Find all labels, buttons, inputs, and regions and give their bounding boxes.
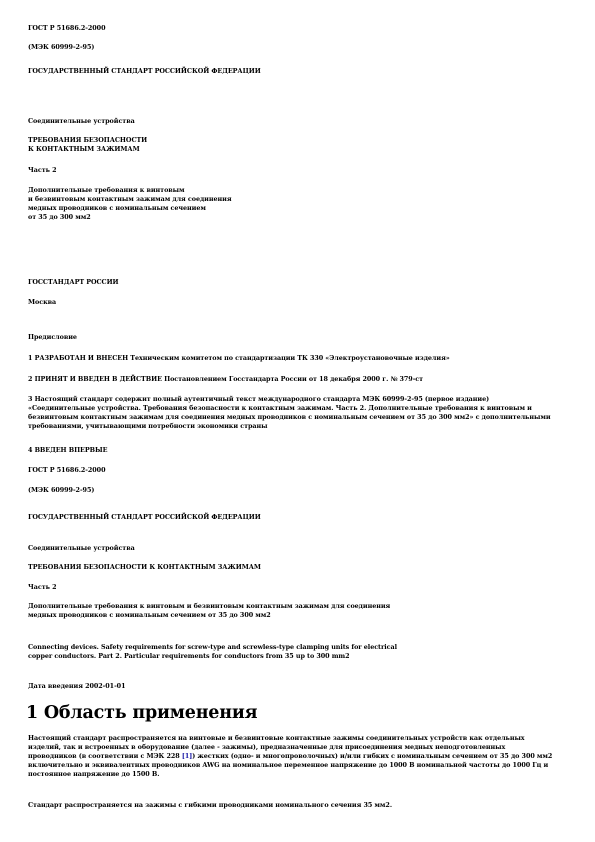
subject: Соединительные устройства — [28, 117, 135, 126]
scope-para-2: Стандарт распространяется на зажимы с ги… — [28, 801, 392, 810]
publisher: ГОССТАНДАРТ РОССИИ — [28, 278, 119, 287]
foreword-item-3-line-3: безвинтовым контактным зажимам для соеди… — [28, 413, 551, 422]
subtitle-line-2: и безвинтовым контактным зажимам для сое… — [28, 195, 232, 204]
iec-code: (МЭК 60999-2-95) — [28, 43, 94, 52]
english-title-line-1: Connecting devices. Safety requirements … — [28, 643, 397, 652]
standard-code: ГОСТ Р 51686.2-2000 — [28, 24, 105, 33]
subtitle-line-1: Дополнительные требования к винтовым — [28, 186, 185, 195]
document-page: ГОСТ Р 51686.2-2000 (МЭК 60999-2-95) ГОС… — [0, 0, 595, 842]
scope-para-1-line-5: постоянное напряжение до 1500 В. — [28, 770, 159, 779]
city: Москва — [28, 298, 56, 307]
foreword-item-3-line-1: 3 Настоящий стандарт содержит полный аут… — [28, 395, 489, 404]
title-line-1: ТРЕБОВАНИЯ БЕЗОПАСНОСТИ — [28, 136, 147, 145]
foreword-item-1: 1 РАЗРАБОТАН И ВНЕСЕН Техническим комите… — [28, 354, 450, 363]
foreword-item-3-line-2: «Соединительные устройства. Требования б… — [28, 404, 532, 413]
state-standard-title: ГОСУДАРСТВЕННЫЙ СТАНДАРТ РОССИЙСКОЙ ФЕДЕ… — [28, 67, 261, 76]
foreword-item-2: 2 ПРИНЯТ И ВВЕДЕН В ДЕЙСТВИЕ Постановлен… — [28, 375, 423, 384]
title-2: ТРЕБОВАНИЯ БЕЗОПАСНОСТИ К КОНТАКТНЫМ ЗАЖ… — [28, 563, 261, 572]
scope-para-1-line-1: Настоящий стандарт распространяется на в… — [28, 734, 525, 743]
reference-link-1[interactable]: [1] — [182, 752, 192, 760]
english-title-line-2: copper conductors. Part 2. Particular re… — [28, 652, 350, 661]
standard-code-2: ГОСТ Р 51686.2-2000 — [28, 466, 105, 475]
scope-para-1-line-2: изделий, так и встроенных в оборудование… — [28, 743, 505, 752]
section-1-heading: 1 Область применения — [26, 702, 257, 724]
iec-code-2: (МЭК 60999-2-95) — [28, 486, 94, 495]
intro-date: Дата введения 2002-01-01 — [28, 682, 125, 691]
state-standard-title-2: ГОСУДАРСТВЕННЫЙ СТАНДАРТ РОССИЙСКОЙ ФЕДЕ… — [28, 513, 261, 522]
part-label: Часть 2 — [28, 166, 57, 175]
subtitle-line-4: от 35 до 300 мм2 — [28, 213, 91, 222]
scope-para-1-line-3: проводников (в соответствии с МЭК 228 [1… — [28, 752, 552, 761]
foreword-item-4: 4 ВВЕДЕН ВПЕРВЫЕ — [28, 446, 107, 455]
scope-line-3-before: проводников (в соответствии с МЭК 228 — [28, 752, 182, 760]
subtitle-line-3: медных проводников с номинальным сечение… — [28, 204, 206, 213]
scope-line-3-after: ) жестких (одно- и многопроволочных) и/и… — [192, 752, 552, 760]
foreword-heading: Предисловие — [28, 333, 77, 342]
part-label-2: Часть 2 — [28, 583, 57, 592]
title-line-2: К КОНТАКТНЫМ ЗАЖИМАМ — [28, 145, 140, 154]
foreword-item-3-line-4: требованиями, учитывающими потребности э… — [28, 422, 268, 431]
subtitle-2-line-2: медных проводников с номинальным сечение… — [28, 611, 271, 620]
scope-para-1-line-4: включительно и эквивалентных проводников… — [28, 761, 548, 770]
subject-2: Соединительные устройства — [28, 544, 135, 553]
subtitle-2-line-1: Дополнительные требования к винтовым и б… — [28, 602, 390, 611]
